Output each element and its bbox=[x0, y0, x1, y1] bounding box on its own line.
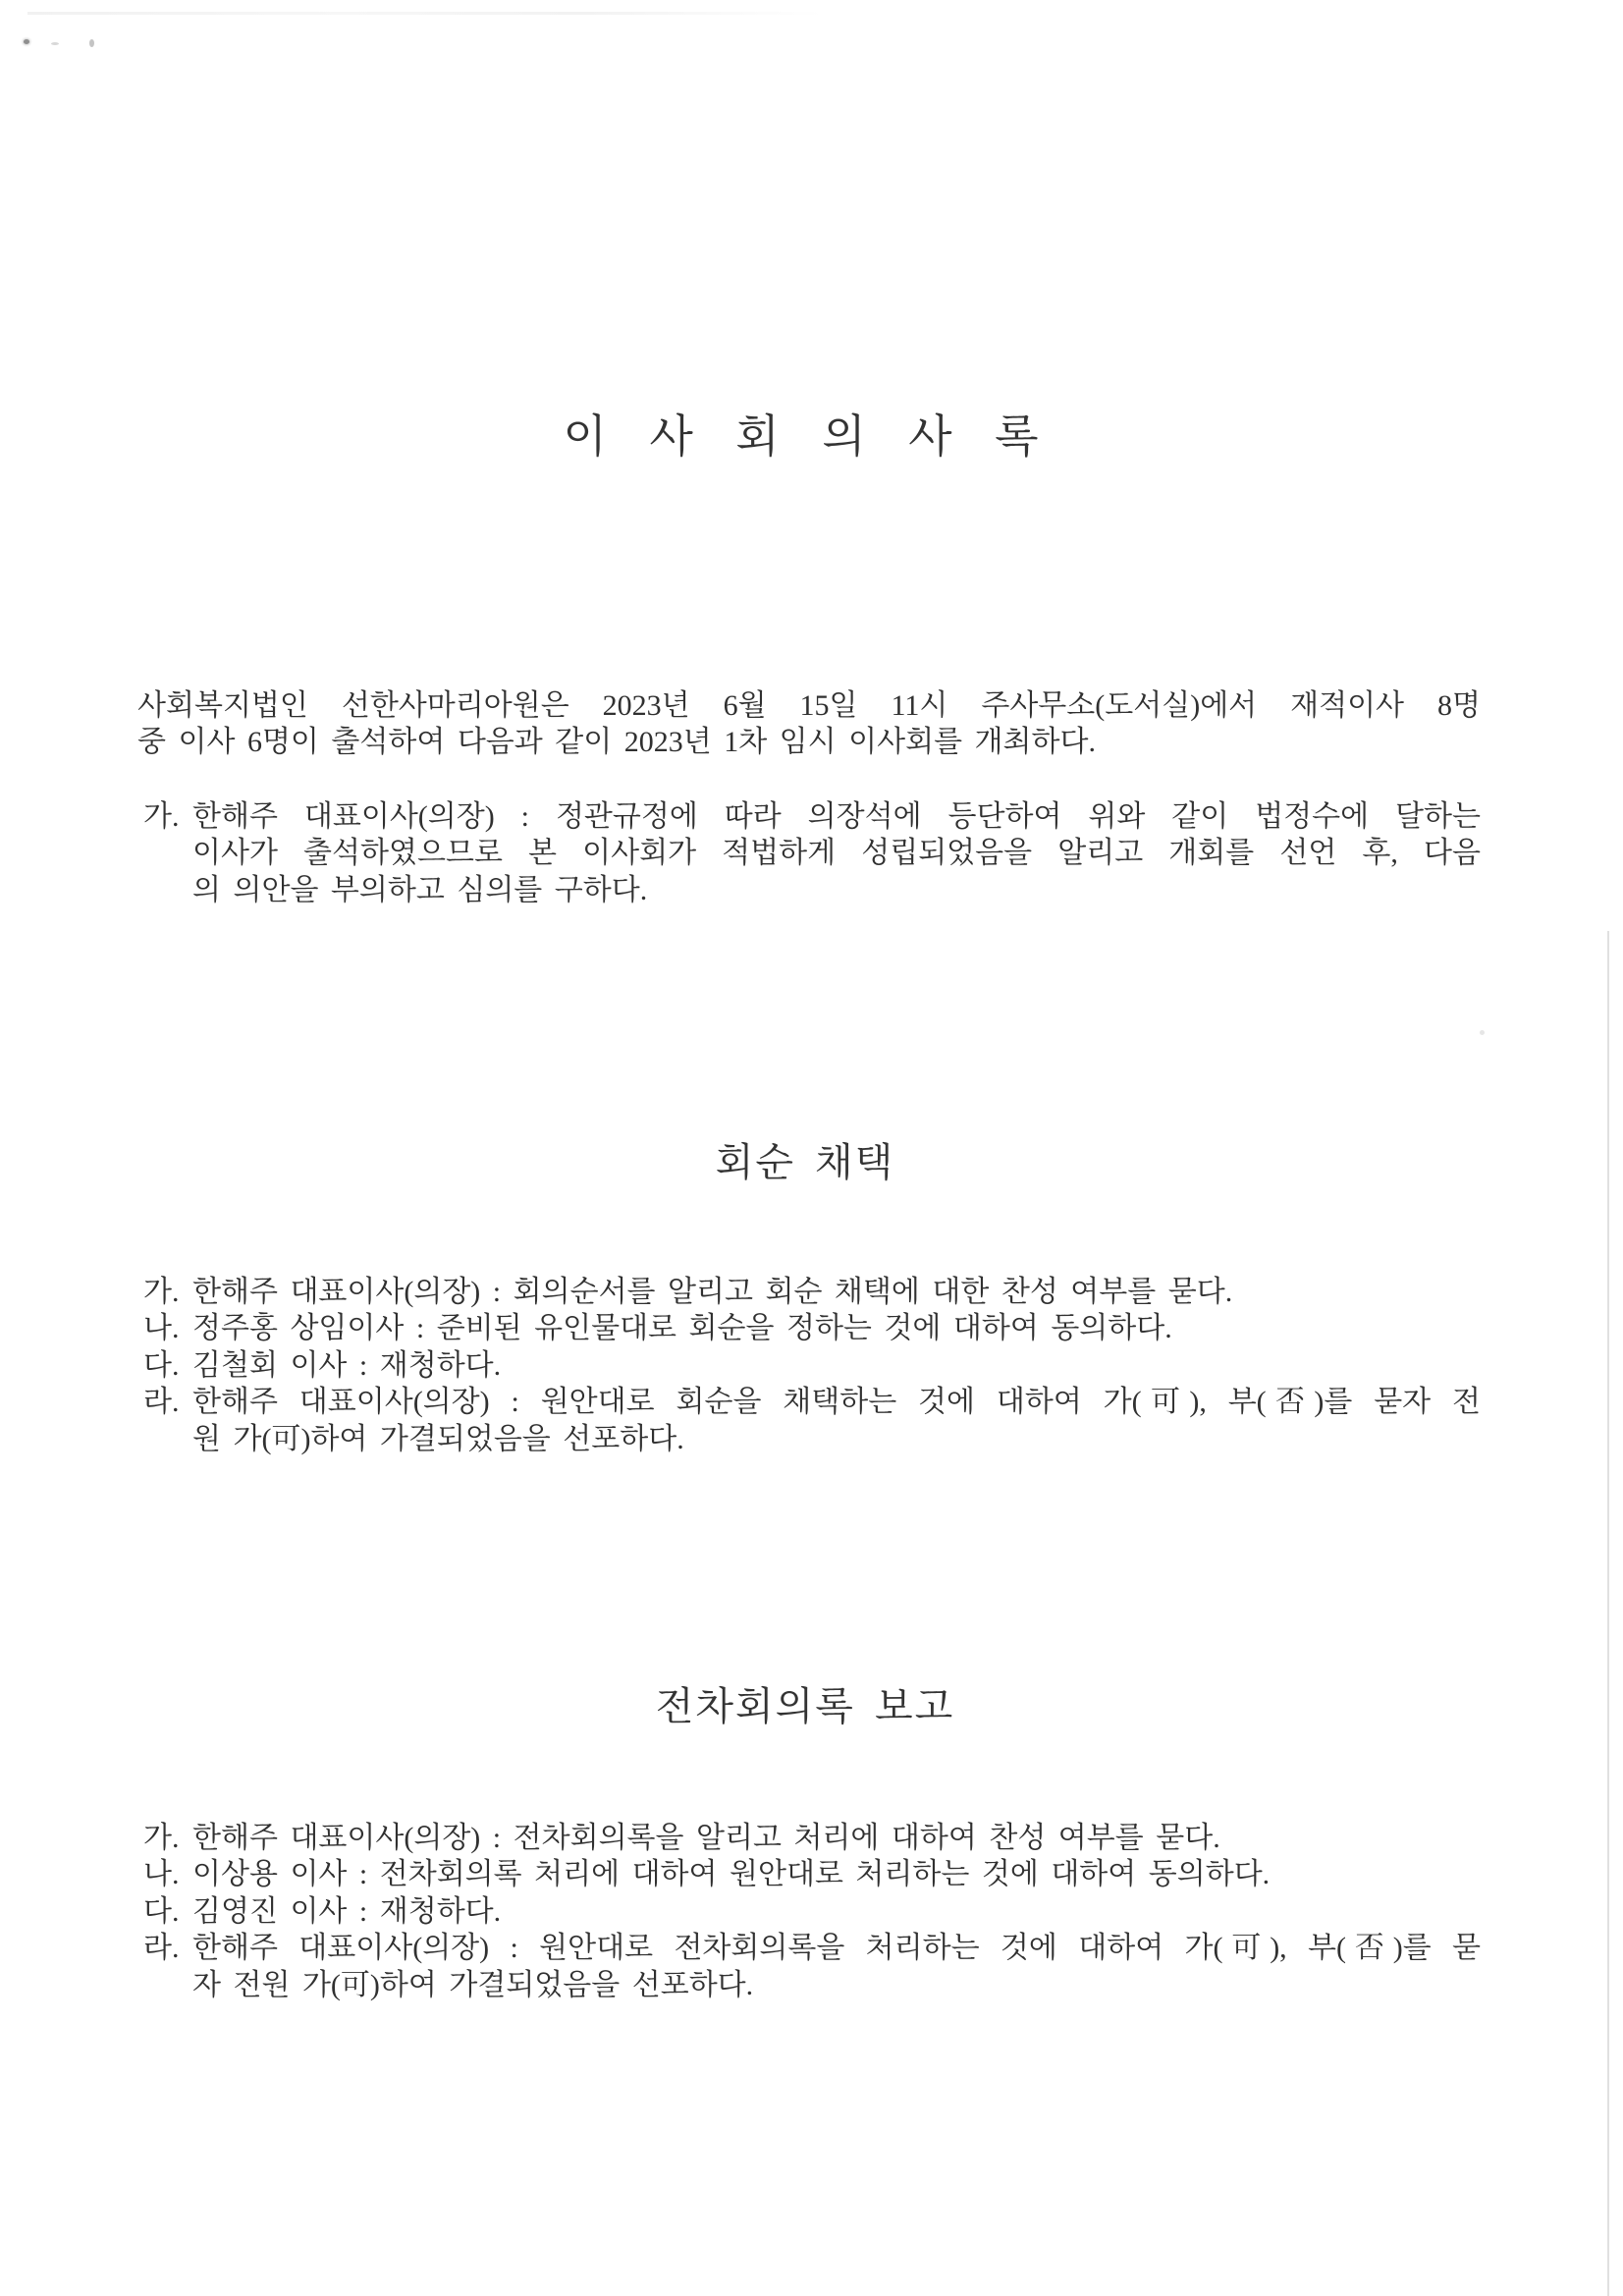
item-line: 이사가 출석하였으므로 본 이사회가 적법하게 성립되었음을 알리고 개회를 선… bbox=[192, 835, 1481, 871]
document-title: 이 사 회 의 사 록 bbox=[0, 401, 1610, 465]
scan-speck bbox=[89, 39, 94, 47]
item-line: 의 의안을 부의하고 심의를 구하다. bbox=[192, 872, 1481, 908]
scan-speck bbox=[24, 39, 29, 44]
intro-line: 사회복지법인 선한사마리아원은 2023년 6월 15일 11시 주사무소(도서… bbox=[137, 687, 1481, 724]
section-heading-previous-minutes-report: 전차회의록 보고 bbox=[0, 1675, 1610, 1731]
item-line: 김영진 이사 : 재청하다. bbox=[192, 1893, 1481, 1930]
item-marker: 라. bbox=[143, 1930, 179, 1966]
list-item: 다. 김철회 이사 : 재청하다. bbox=[192, 1347, 1481, 1384]
item-marker: 가. bbox=[143, 1274, 179, 1310]
item-line: 김철회 이사 : 재청하다. bbox=[192, 1347, 1481, 1384]
list-item: 가. 한해주 대표이사(의장) : 전차회의록을 알리고 처리에 대하여 찬성 … bbox=[192, 1820, 1481, 1856]
item-line: 자 전원 가(可)하여 가결되었음을 선포하다. bbox=[192, 1967, 1481, 2003]
item-marker: 가. bbox=[143, 798, 179, 835]
list-item: 라. 한해주 대표이사(의장) : 원안대로 전차회의록을 처리하는 것에 대하… bbox=[192, 1930, 1481, 2003]
item-marker: 다. bbox=[143, 1893, 179, 1930]
agenda-adoption-item-list: 가. 한해주 대표이사(의장) : 회의순서를 알리고 회순 채택에 대한 찬성… bbox=[192, 1274, 1481, 1457]
item-line: 한해주 대표이사(의장) : 정관규정에 따라 의장석에 등단하여 위와 같이 … bbox=[192, 798, 1481, 835]
item-marker: 가. bbox=[143, 1820, 179, 1856]
item-marker: 라. bbox=[143, 1384, 179, 1420]
item-line: 원 가(可)하여 가결되었음을 선포하다. bbox=[192, 1421, 1481, 1457]
section-heading-agenda-adoption: 회순 채택 bbox=[0, 1131, 1610, 1187]
item-line: 한해주 대표이사(의장) : 원안대로 전차회의록을 처리하는 것에 대하여 가… bbox=[192, 1930, 1481, 1966]
list-item: 라. 한해주 대표이사(의장) : 원안대로 회순을 채택하는 것에 대하여 가… bbox=[192, 1384, 1481, 1457]
list-item: 가. 한해주 대표이사(의장) : 회의순서를 알리고 회순 채택에 대한 찬성… bbox=[192, 1274, 1481, 1310]
item-line: 한해주 대표이사(의장) : 원안대로 회순을 채택하는 것에 대하여 가(可)… bbox=[192, 1384, 1481, 1420]
item-line: 한해주 대표이사(의장) : 회의순서를 알리고 회순 채택에 대한 찬성 여부… bbox=[192, 1274, 1481, 1310]
scanned-meeting-minutes-page: 이 사 회 의 사 록 사회복지법인 선한사마리아원은 2023년 6월 15일… bbox=[0, 0, 1623, 2296]
item-marker: 나. bbox=[143, 1856, 179, 1892]
scan-smudge bbox=[27, 12, 823, 15]
intro-line: 중 이사 6명이 출석하여 다음과 같이 2023년 1차 임시 이사회를 개최… bbox=[137, 724, 1481, 760]
item-marker: 나. bbox=[143, 1310, 179, 1346]
opening-statement-item: 가. 한해주 대표이사(의장) : 정관규정에 따라 의장석에 등단하여 위와 … bbox=[192, 798, 1481, 908]
item-line: 이상용 이사 : 전차회의록 처리에 대하여 원안대로 처리하는 것에 대하여 … bbox=[192, 1856, 1481, 1892]
item-marker: 다. bbox=[143, 1347, 179, 1384]
scan-speck bbox=[1480, 1030, 1485, 1035]
scan-speck bbox=[51, 42, 59, 45]
previous-minutes-item-list: 가. 한해주 대표이사(의장) : 전차회의록을 알리고 처리에 대하여 찬성 … bbox=[192, 1820, 1481, 2003]
item-line: 정주홍 상임이사 : 준비된 유인물대로 회순을 정하는 것에 대하여 동의하다… bbox=[192, 1310, 1481, 1346]
intro-paragraph: 사회복지법인 선한사마리아원은 2023년 6월 15일 11시 주사무소(도서… bbox=[137, 687, 1481, 761]
list-item: 나. 이상용 이사 : 전차회의록 처리에 대하여 원안대로 처리하는 것에 대… bbox=[192, 1856, 1481, 1892]
list-item: 다. 김영진 이사 : 재청하다. bbox=[192, 1893, 1481, 1930]
item-line: 한해주 대표이사(의장) : 전차회의록을 알리고 처리에 대하여 찬성 여부를… bbox=[192, 1820, 1481, 1856]
list-item: 나. 정주홍 상임이사 : 준비된 유인물대로 회순을 정하는 것에 대하여 동… bbox=[192, 1310, 1481, 1346]
